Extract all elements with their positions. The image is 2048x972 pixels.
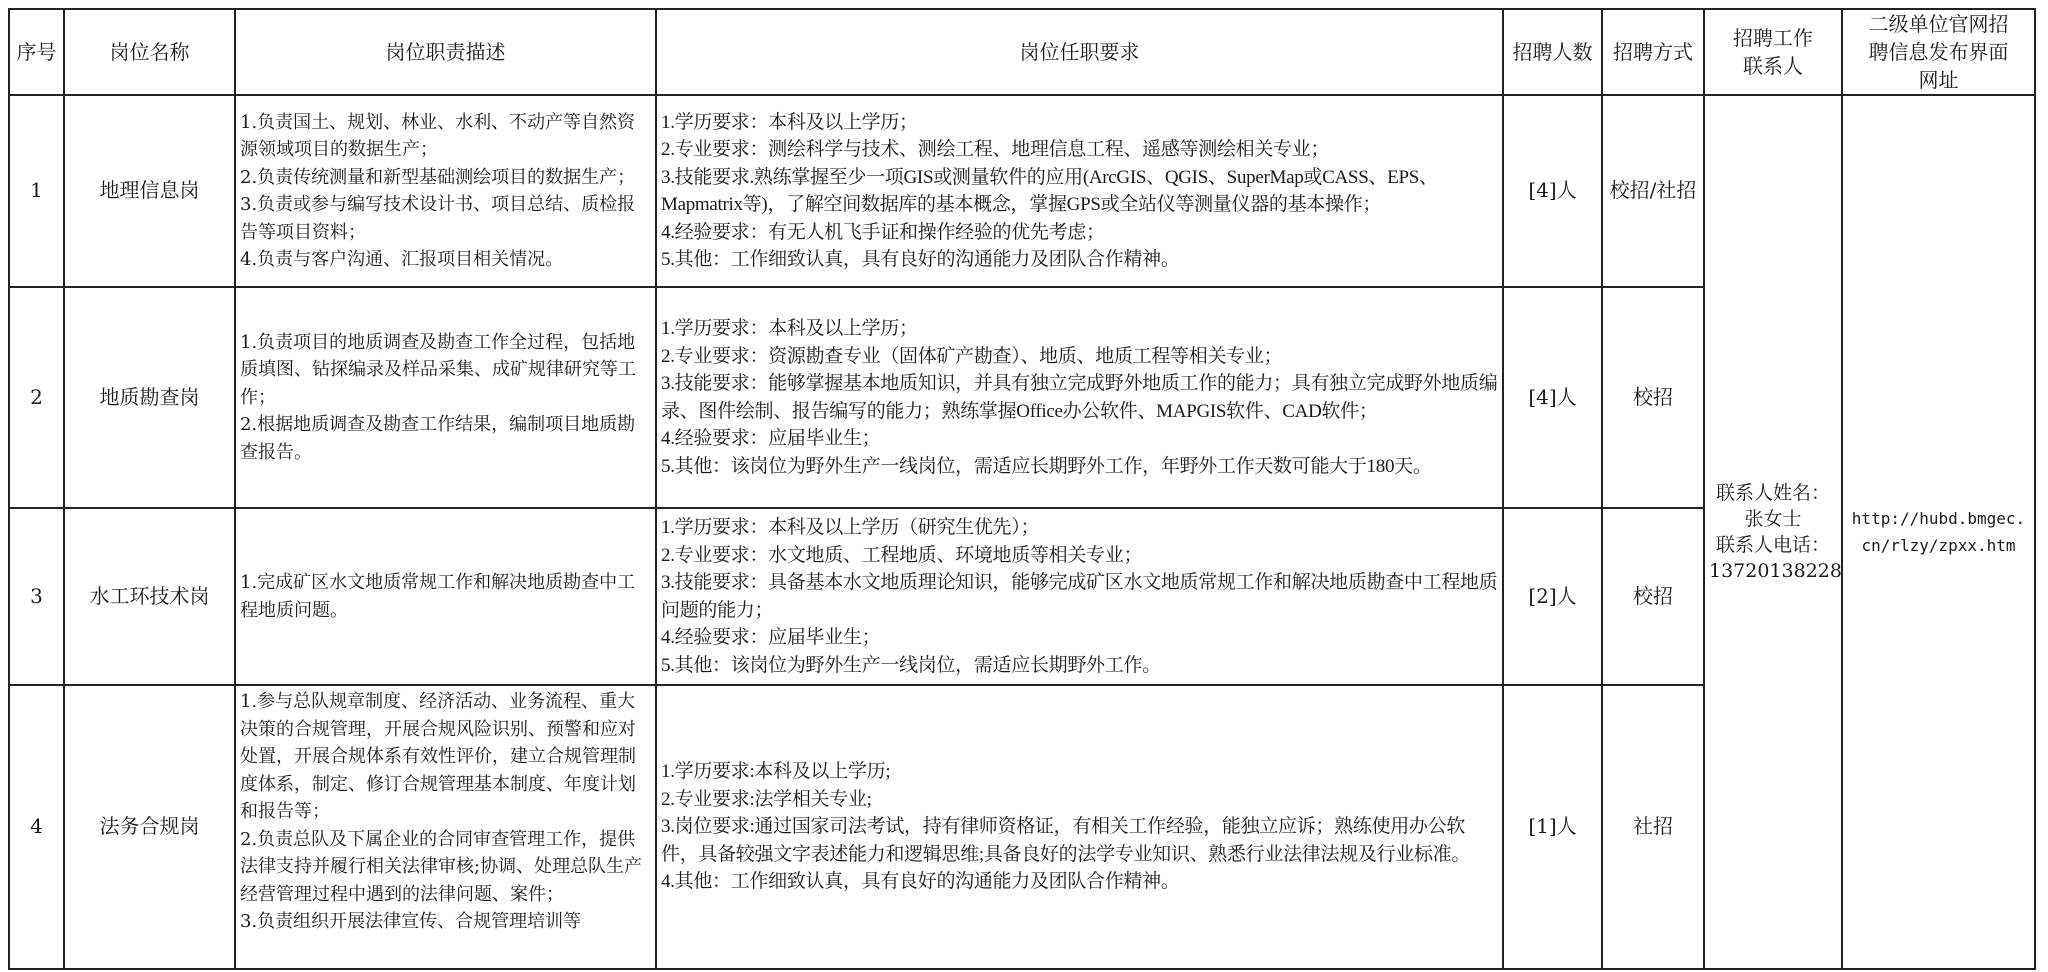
- contact-phone: 13720138228: [1709, 558, 1837, 584]
- duties-clip: 1.参与总队规章制度、经济活动、业务流程、重大决策的合规管理，开展合规风险识别、…: [240, 686, 651, 968]
- header-row: 序号 岗位名称 岗位职责描述 岗位任职要求 招聘人数 招聘方式 招聘工作 联系人…: [9, 9, 2035, 95]
- header-contact-line: 招聘工作: [1709, 24, 1837, 52]
- requirement-item: 3.岗位要求:通过国家司法考试，持有律师资格证，有相关工作经验，能独立应诉；熟练…: [661, 813, 1498, 868]
- row-headcount: [4]人: [1503, 95, 1602, 287]
- contact-name-label: 联系人姓名：: [1709, 480, 1837, 506]
- requirement-item: 2.专业要求：水文地质、工程地质、环境地质等相关专业；: [661, 542, 1498, 570]
- duty-item: 1.负责国土、规划、林业、水利、不动产等自然资源领域项目的数据生产；: [240, 109, 651, 164]
- duty-item: 2.根据地质调查及勘查工作结果，编制项目地质勘查报告。: [240, 411, 651, 466]
- header-contact-line: 联系人: [1709, 52, 1837, 80]
- header-method: 招聘方式: [1602, 9, 1704, 95]
- row-method: 社招: [1602, 685, 1704, 969]
- duty-item: 3.负责或参与编写技术设计书、项目总结、质检报告等项目资料；: [240, 191, 651, 246]
- row-position-name: 水工环技术岗: [64, 508, 235, 685]
- row-requirements: 1.学历要求：本科及以上学历； 2.专业要求：测绘科学与技术、测绘工程、地理信息…: [656, 95, 1503, 287]
- row-position-name: 法务合规岗: [64, 685, 235, 969]
- row-method: 校招/社招: [1602, 95, 1704, 287]
- row-position-name: 地质勘查岗: [64, 287, 235, 508]
- header-duties: 岗位职责描述: [235, 9, 656, 95]
- row-duties: 1.参与总队规章制度、经济活动、业务流程、重大决策的合规管理，开展合规风险识别、…: [235, 685, 656, 969]
- row-requirements: 1.学历要求：本科及以上学历（研究生优先）； 2.专业要求：水文地质、工程地质、…: [656, 508, 1503, 685]
- row-index: 3: [9, 508, 64, 685]
- requirement-item: 2.专业要求:法学相关专业;: [661, 786, 1498, 814]
- requirement-item: 3.技能要求.熟练掌握至少一项GIS或测量软件的应用(ArcGIS、QGIS、S…: [661, 164, 1498, 219]
- header-contact: 招聘工作 联系人: [1704, 9, 1842, 95]
- row-requirements: 1.学历要求:本科及以上学历; 2.专业要求:法学相关专业; 3.岗位要求:通过…: [656, 685, 1503, 969]
- row-duties: 1.完成矿区水文地质常规工作和解决地质勘查中工程地质问题。: [235, 508, 656, 685]
- header-url-line: 二级单位官网招: [1847, 10, 2030, 38]
- recruitment-table: 序号 岗位名称 岗位职责描述 岗位任职要求 招聘人数 招聘方式 招聘工作 联系人…: [8, 8, 2036, 970]
- requirement-item: 4.经验要求：应届毕业生；: [661, 624, 1498, 652]
- row-index: 4: [9, 685, 64, 969]
- header-position-name: 岗位名称: [64, 9, 235, 95]
- header-url-line: 聘信息发布界面: [1847, 38, 2030, 66]
- contact-phone-label: 联系人电话：: [1709, 532, 1837, 558]
- requirement-item: 5.其他：该岗位为野外生产一线岗位，需适应长期野外工作。: [661, 652, 1498, 680]
- row-method: 校招: [1602, 287, 1704, 508]
- contact-cell: 联系人姓名： 张女士 联系人电话： 13720138228: [1704, 95, 1842, 969]
- row-duties: 1.负责项目的地质调查及勘查工作全过程，包括地质填图、钻探编录及样品采集、成矿规…: [235, 287, 656, 508]
- row-position-name: 地理信息岗: [64, 95, 235, 287]
- table-row: 1 地理信息岗 1.负责国土、规划、林业、水利、不动产等自然资源领域项目的数据生…: [9, 95, 2035, 287]
- requirement-item: 2.专业要求：测绘科学与技术、测绘工程、地理信息工程、遥感等测绘相关专业；: [661, 136, 1498, 164]
- requirement-item: 1.学历要求:本科及以上学历;: [661, 758, 1498, 786]
- duty-item: 1.完成矿区水文地质常规工作和解决地质勘查中工程地质问题。: [240, 569, 651, 624]
- requirement-item: 1.学历要求：本科及以上学历；: [661, 109, 1498, 137]
- row-index: 1: [9, 95, 64, 287]
- requirement-item: 4.经验要求：应届毕业生；: [661, 425, 1498, 453]
- row-method: 校招: [1602, 508, 1704, 685]
- requirement-item: 1.学历要求：本科及以上学历（研究生优先）；: [661, 514, 1498, 542]
- requirement-item: 4.其他：工作细致认真，具有良好的沟通能力及团队合作精神。: [661, 868, 1498, 896]
- row-headcount: [4]人: [1503, 287, 1602, 508]
- duty-item: 4.负责与客户沟通、汇报项目相关情况。: [240, 246, 651, 274]
- row-duties: 1.负责国土、规划、林业、水利、不动产等自然资源领域项目的数据生产； 2.负责传…: [235, 95, 656, 287]
- row-headcount: [1]人: [1503, 685, 1602, 969]
- contact-name: 张女士: [1709, 506, 1837, 532]
- row-index: 2: [9, 287, 64, 508]
- header-url-line: 网址: [1847, 66, 2030, 94]
- duty-item: 2.负责传统测量和新型基础测绘项目的数据生产；: [240, 164, 651, 192]
- recruitment-url[interactable]: http://hubd.bmgec.cn/rlzy/zpxx.htm: [1842, 95, 2035, 969]
- requirement-item: 3.技能要求：具备基本水文地质理论知识，能够完成矿区水文地质常规工作和解决地质勘…: [661, 569, 1498, 624]
- requirement-item: 4.经验要求：有无人机飞手证和操作经验的优先考虑；: [661, 219, 1498, 247]
- requirement-item: 1.学历要求：本科及以上学历；: [661, 315, 1498, 343]
- header-headcount: 招聘人数: [1503, 9, 1602, 95]
- duty-item: 1.参与总队规章制度、经济活动、业务流程、重大决策的合规管理，开展合规风险识别、…: [240, 688, 651, 826]
- header-url: 二级单位官网招 聘信息发布界面 网址: [1842, 9, 2035, 95]
- requirement-item: 5.其他：工作细致认真，具有良好的沟通能力及团队合作精神。: [661, 246, 1498, 274]
- requirement-item: 2.专业要求：资源勘查专业（固体矿产勘查）、地质、地质工程等相关专业；: [661, 343, 1498, 371]
- row-headcount: [2]人: [1503, 508, 1602, 685]
- row-requirements: 1.学历要求：本科及以上学历； 2.专业要求：资源勘查专业（固体矿产勘查）、地质…: [656, 287, 1503, 508]
- duty-item: 1.负责项目的地质调查及勘查工作全过程，包括地质填图、钻探编录及样品采集、成矿规…: [240, 329, 651, 412]
- duty-item: 2.负责总队及下属企业的合同审查管理工作，提供法律支持并履行相关法律审核;协调、…: [240, 826, 651, 909]
- duty-item: 3.负责组织开展法律宣传、合规管理培训等: [240, 908, 651, 936]
- requirement-item: 5.其他：该岗位为野外生产一线岗位，需适应长期野外工作，年野外工作天数可能大于1…: [661, 453, 1498, 481]
- header-requirements: 岗位任职要求: [656, 9, 1503, 95]
- requirement-item: 3.技能要求：能够掌握基本地质知识，并具有独立完成野外地质工作的能力；具有独立完…: [661, 370, 1498, 425]
- header-index: 序号: [9, 9, 64, 95]
